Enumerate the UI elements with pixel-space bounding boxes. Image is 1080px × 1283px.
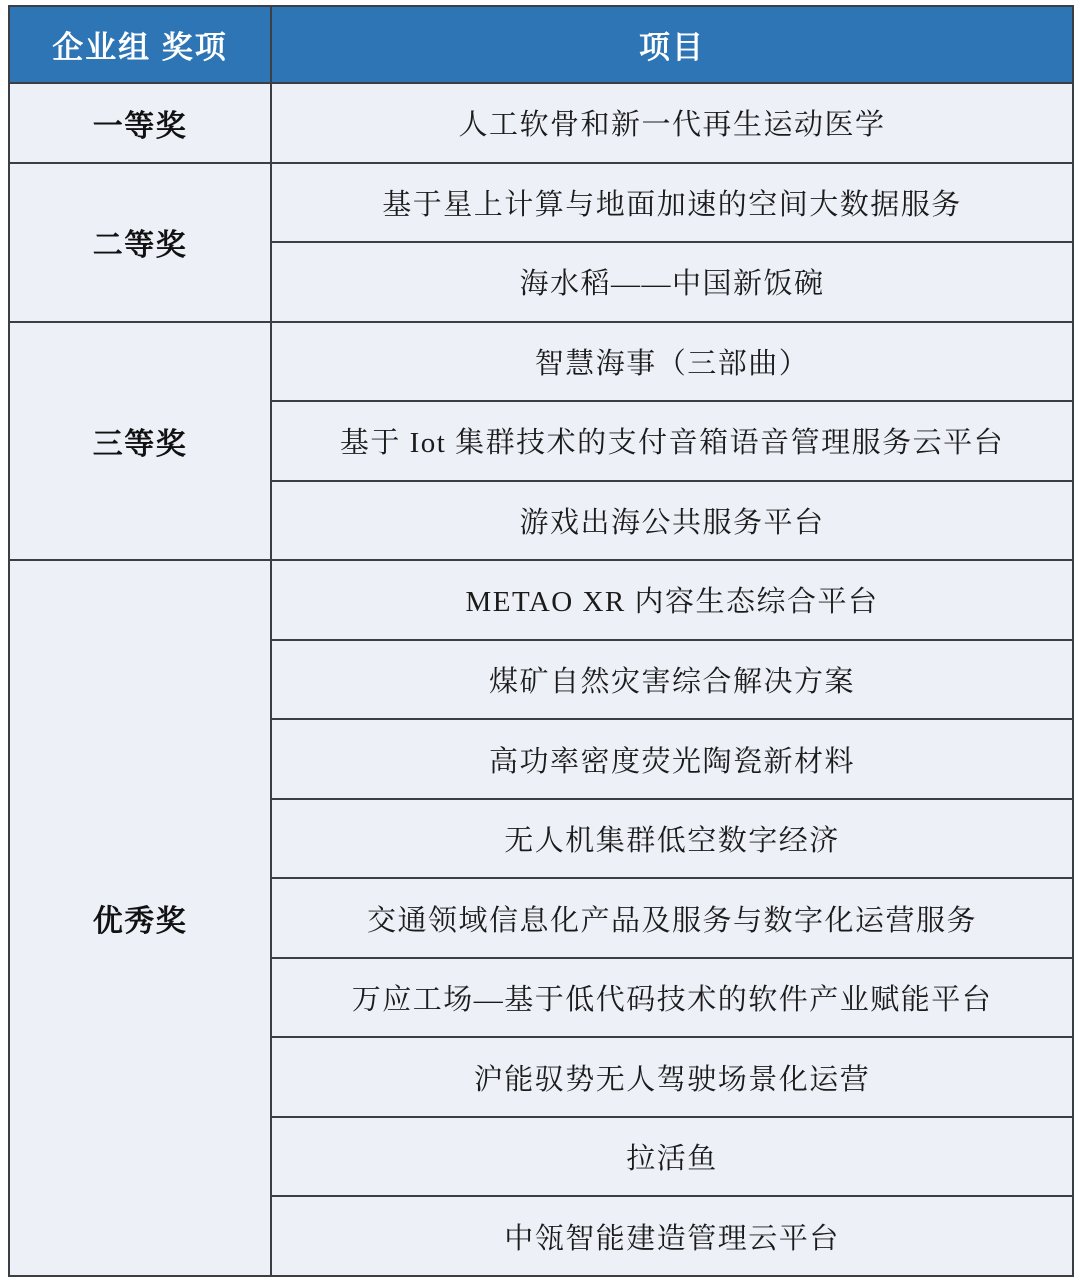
project-cell: 基于星上计算与地面加速的空间大数据服务 [271,163,1073,243]
project-cell: 海水稻——中国新饭碗 [271,242,1073,322]
project-cell: 交通领域信息化产品及服务与数字化运营服务 [271,878,1073,958]
project-cell: 无人机集群低空数字经济 [271,799,1073,879]
table-row: 二等奖 基于星上计算与地面加速的空间大数据服务 [9,163,1073,243]
project-cell: 智慧海事（三部曲） [271,322,1073,402]
award-cell-second-prize: 二等奖 [9,163,271,322]
project-cell: 拉活鱼 [271,1117,1073,1197]
table-row: 一等奖 人工软骨和新一代再生运动医学 [9,83,1073,163]
award-column-header: 企业组 奖项 [9,6,271,83]
project-cell: 高功率密度荧光陶瓷新材料 [271,719,1073,799]
table-row: 三等奖 智慧海事（三部曲） [9,322,1073,402]
project-cell: 沪能驭势无人驾驶场景化运营 [271,1037,1073,1117]
project-cell: 游戏出海公共服务平台 [271,481,1073,561]
project-cell: 人工软骨和新一代再生运动医学 [271,83,1073,163]
project-cell: 万应工场—基于低代码技术的软件产业赋能平台 [271,958,1073,1038]
project-cell: 中瓴智能建造管理云平台 [271,1196,1073,1276]
table-row: 优秀奖 METAO XR 内容生态综合平台 [9,560,1073,640]
award-cell-first-prize: 一等奖 [9,83,271,163]
award-results-table: 企业组 奖项 项目 一等奖 人工软骨和新一代再生运动医学 二等奖 基于星上计算与… [8,5,1074,1277]
project-column-header: 项目 [271,6,1073,83]
table-header-row: 企业组 奖项 项目 [9,6,1073,83]
project-cell: 基于 Iot 集群技术的支付音箱语音管理服务云平台 [271,401,1073,481]
project-cell: 煤矿自然灾害综合解决方案 [271,640,1073,720]
award-cell-excellence-prize: 优秀奖 [9,560,271,1276]
award-cell-third-prize: 三等奖 [9,322,271,561]
project-cell: METAO XR 内容生态综合平台 [271,560,1073,640]
